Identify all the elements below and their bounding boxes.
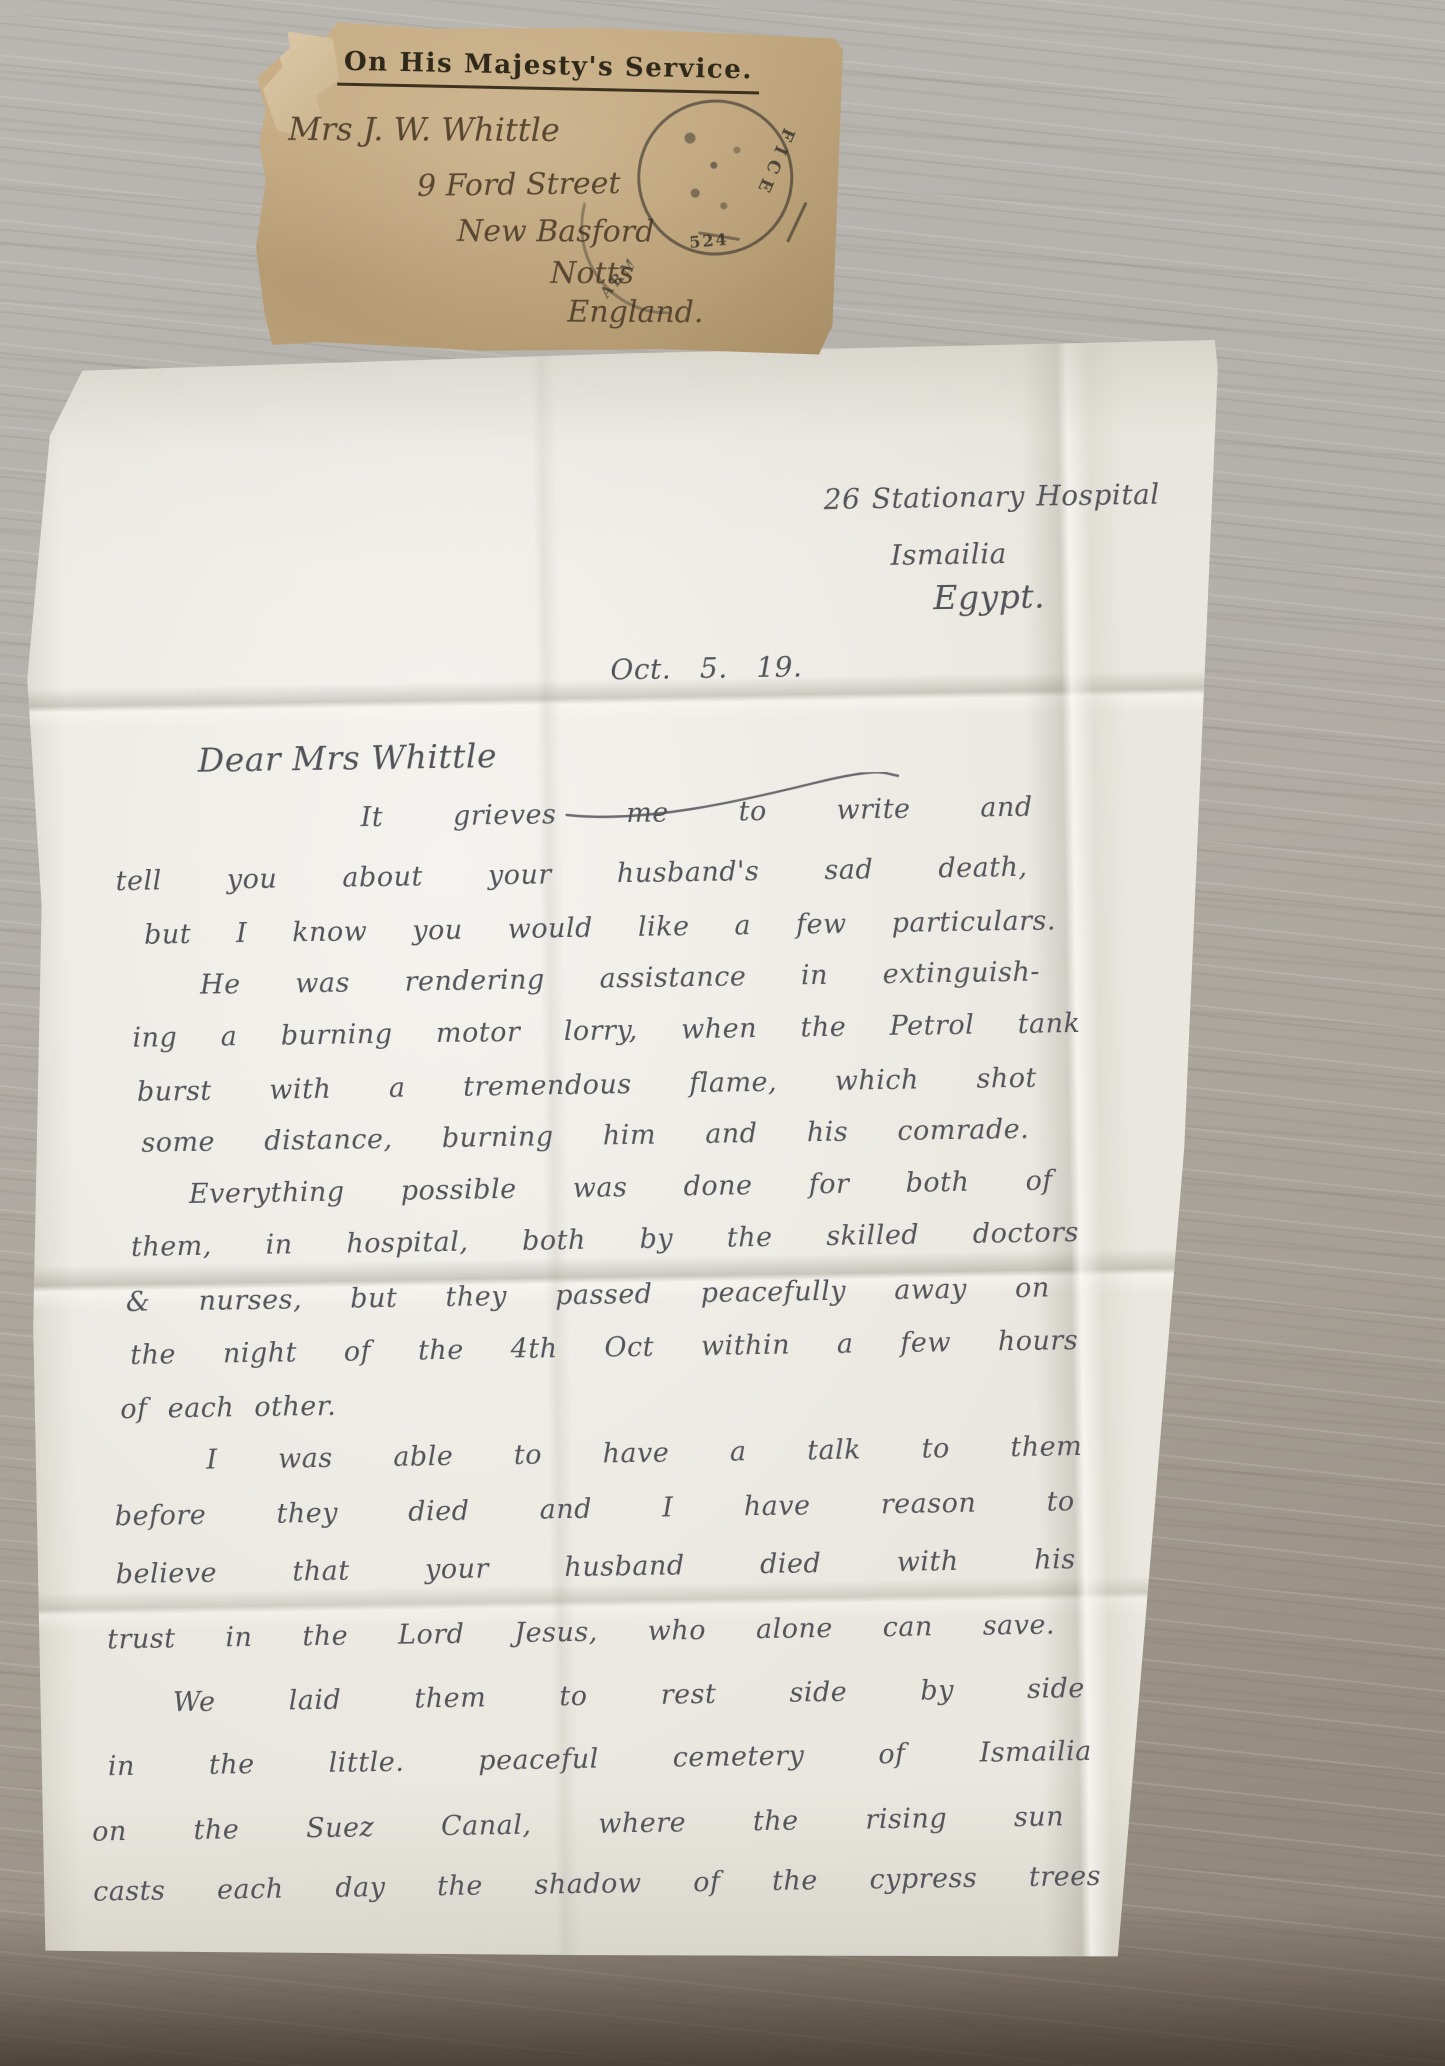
postmark-side-text: ARMY — [597, 241, 652, 301]
postmark-arc-text: FICE — [751, 125, 799, 201]
letter-line: He was rendering assistance in extinguis… — [200, 956, 1040, 1003]
photo-scene: 26 Stationary Hospital Ismailia Egypt. O… — [0, 0, 1445, 2066]
envelope-address-town: New Basford — [457, 214, 654, 250]
envelope-address-name: Mrs J. W. Whittle — [288, 110, 560, 149]
letter-line: tell you about your husband's sad death, — [115, 851, 1027, 899]
letter-line: It grieves me to write and — [360, 791, 1032, 835]
letter-line: trust in the Lord Jesus, who alone can s… — [107, 1608, 1055, 1657]
postmark-stamp: FICE 524 — [628, 91, 802, 265]
letter-page: 26 Stationary Hospital Ismailia Egypt. O… — [17, 337, 1242, 1974]
letter-date: Oct. 5. 19. — [610, 649, 803, 687]
letter-line: in the little. peaceful cemetery of Isma… — [108, 1735, 1092, 1784]
envelope: On His Majesty's Service. Mrs J. W. Whit… — [249, 18, 844, 358]
letter-line: believe that your husband died with his — [115, 1543, 1075, 1592]
letter-line: I was able to have a talk to them — [206, 1429, 1082, 1477]
letter-address-line-3: Egypt. — [933, 576, 1045, 619]
letter-line: them, in hospital, both by the skilled d… — [131, 1216, 1079, 1265]
letter-line: the night of the 4th Oct within a few ho… — [130, 1324, 1078, 1373]
letter-line: but I know you would like a few particul… — [144, 904, 1056, 952]
postmark-slash-mark — [786, 201, 807, 242]
letter-line: before they died and I have reason to — [115, 1485, 1075, 1534]
letter-address-line-2: Ismailia — [890, 536, 1007, 573]
salutation: Dear Mrs Whittle — [197, 735, 497, 781]
letter-line: burst with a tremendous flame, which sho… — [137, 1061, 1037, 1109]
letter-line: We laid them to rest side by side — [173, 1672, 1085, 1720]
letter-line: casts each day the shadow of the cypress… — [93, 1860, 1101, 1910]
envelope-heading: On His Majesty's Service. — [338, 47, 760, 95]
letter-line: of each other. — [120, 1389, 337, 1426]
letter-line: on the Suez Canal, where the rising sun — [92, 1800, 1064, 1849]
envelope-address-street: 9 Ford Street — [416, 166, 620, 204]
letter-line: & nurses, but they passed peacefully awa… — [126, 1271, 1050, 1319]
letter-line: some distance, burning him and his comra… — [141, 1113, 1029, 1161]
letter-address-line-1: 26 Stationary Hospital — [823, 477, 1160, 517]
letter-line: Everything possible was done for both of — [189, 1165, 1053, 1212]
letter-line: ing a burning motor lorry, when the Petr… — [132, 1007, 1080, 1056]
